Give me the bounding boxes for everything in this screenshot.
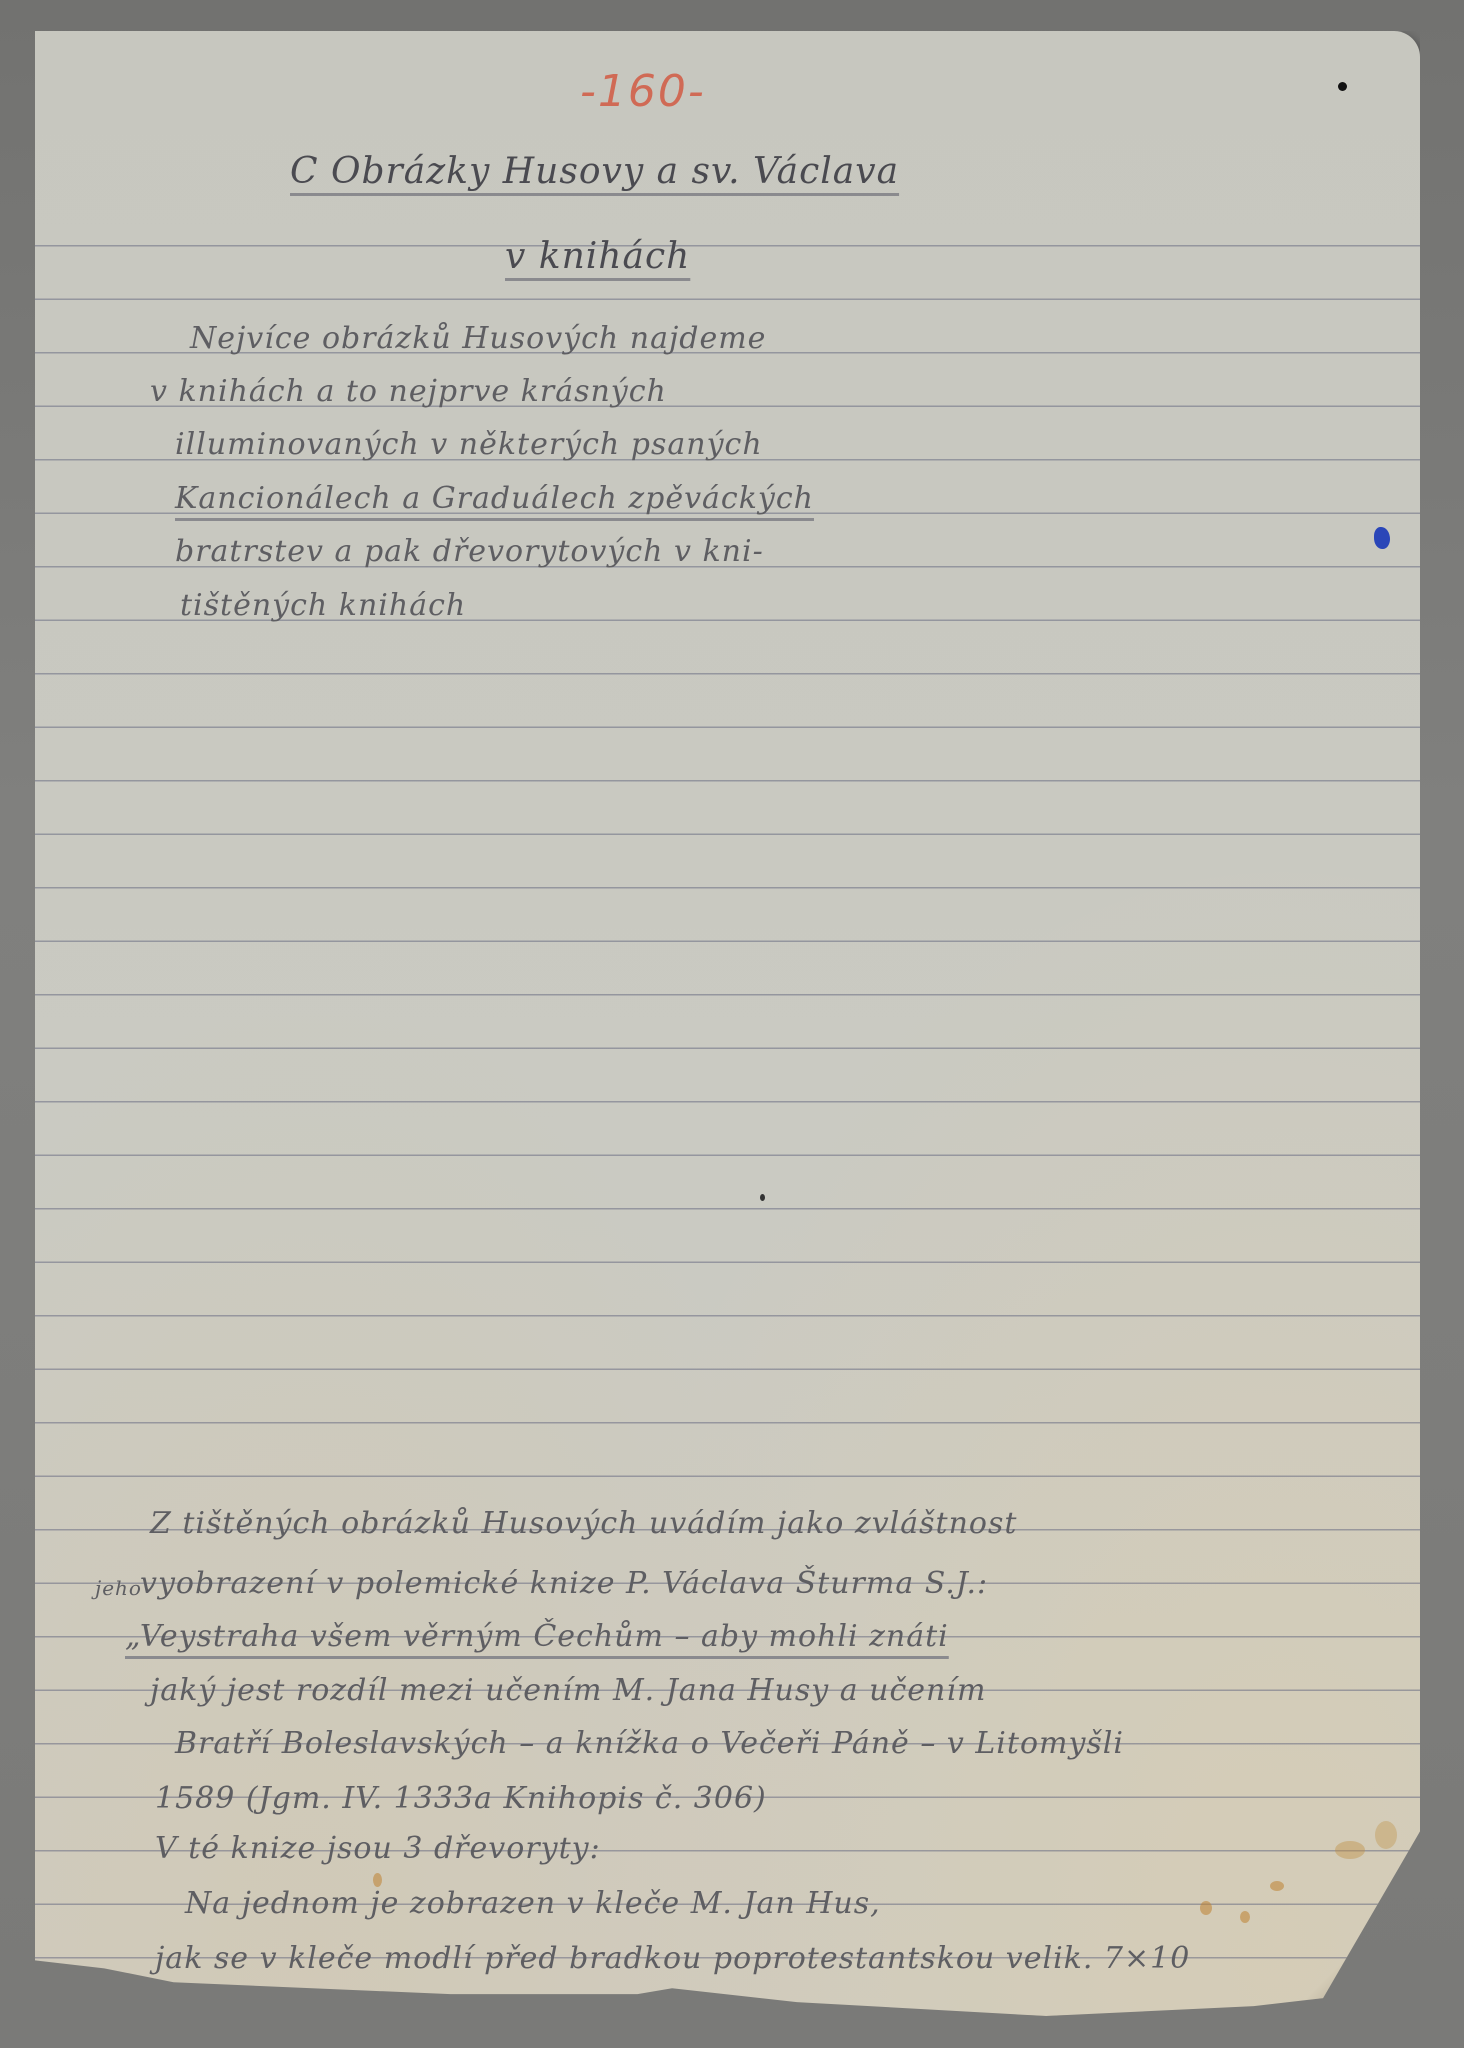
pencil-dot <box>760 1194 765 1201</box>
manuscript-page: -160- C Obrázky Husovy a sv. Václava v k… <box>35 31 1420 2016</box>
text-line: 1589 (Jgm. IV. 1333a Knihopis č. 306) <box>155 1781 767 1816</box>
ink-blot <box>1374 527 1390 549</box>
text-line: bratrstev a pak dřevorytových v kni- <box>175 534 764 569</box>
text-line: Z tištěných obrázků Husových uvádím jako… <box>150 1506 1017 1541</box>
margin-note: jeho <box>95 1576 142 1600</box>
text-line: jak se v kleče modlí před bradkou poprot… <box>155 1941 1190 1976</box>
text-line: „Veystraha všem věrným Čechům – aby mohl… <box>125 1619 949 1654</box>
foxing-stain <box>373 1873 382 1887</box>
foxing-stain <box>1240 1911 1250 1923</box>
page-number: -160- <box>580 66 706 117</box>
text-line: v knihách a to nejprve krásných <box>150 374 667 409</box>
text-line: tištěných knihách <box>180 588 466 623</box>
punch-dot <box>1338 82 1347 91</box>
text-line: Kancionálech a Graduálech zpěváckých <box>175 481 814 516</box>
text-line: V té knize jsou 3 dřevoryty: <box>155 1831 601 1866</box>
text-line: Na jednom je zobrazen v kleče M. Jan Hus… <box>185 1886 881 1921</box>
foxing-stain <box>1200 1901 1212 1915</box>
text-line: jaký jest rozdíl mezi učením M. Jana Hus… <box>150 1673 986 1708</box>
foxing-stain <box>1335 1841 1365 1859</box>
text-line: illuminovaných v některých psaných <box>175 427 763 462</box>
text-line: Bratří Boleslavských – a knížka o Večeři… <box>175 1726 1124 1761</box>
foxing-stain <box>1375 1821 1397 1849</box>
text-line: Nejvíce obrázků Husových najdeme <box>190 321 766 356</box>
text-line: vyobrazení v polemické knize P. Václava … <box>140 1566 988 1601</box>
title-line-1: C Obrázky Husovy a sv. Václava <box>290 151 899 192</box>
title-line-2: v knihách <box>505 236 690 277</box>
